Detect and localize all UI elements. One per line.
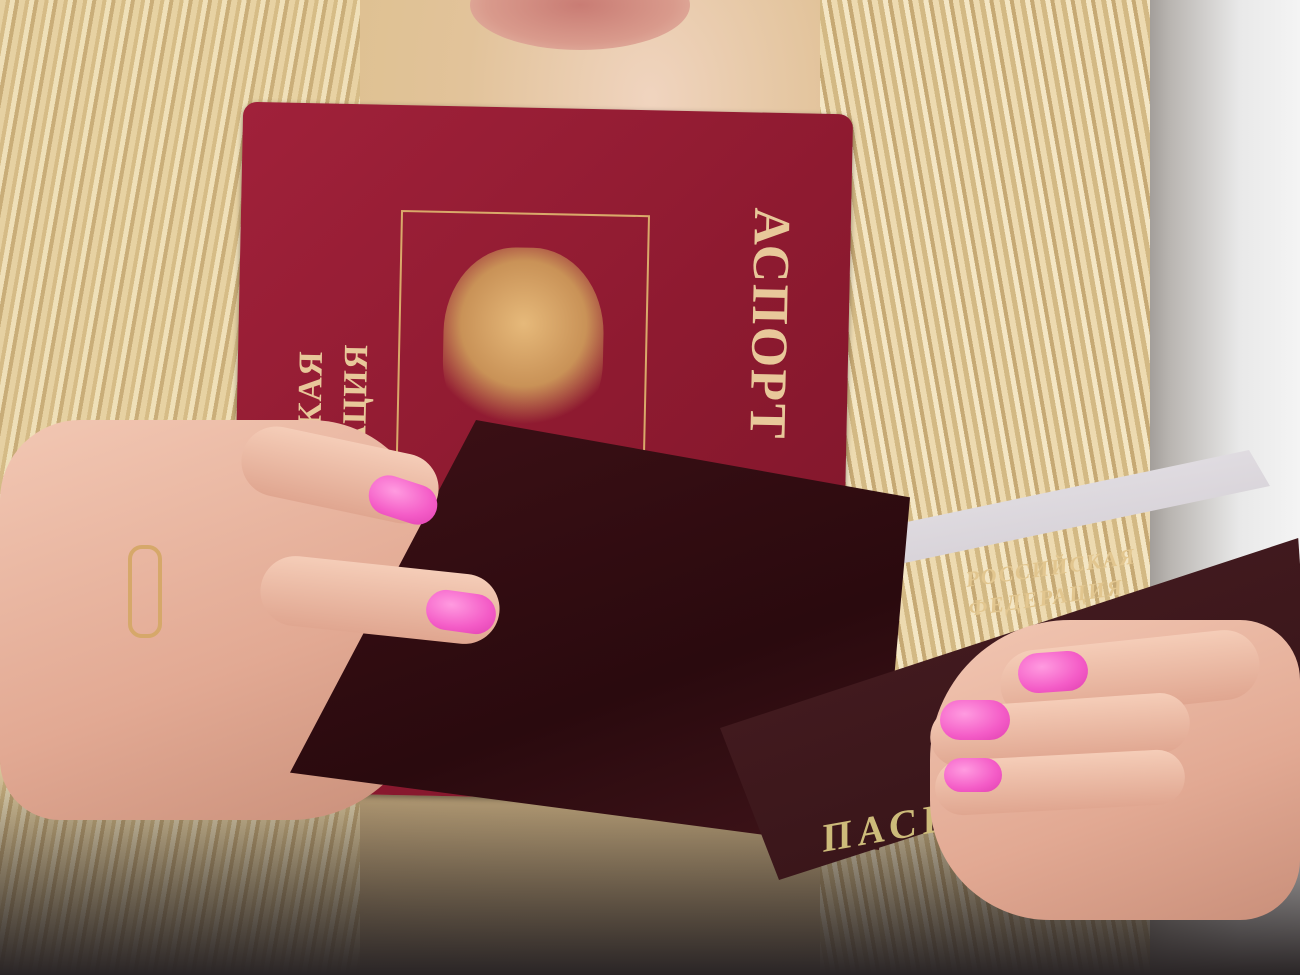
photo-scene: РОССИЙСКАЯ ФЕДЕРАЦИЯ АСПОРТ РОССИЙСКАЯ Ф… (0, 0, 1300, 975)
coat-of-arms-icon (441, 246, 605, 439)
closed-passport-title: АСПОРТ (737, 207, 801, 441)
nail (1017, 650, 1090, 695)
nail (944, 758, 1002, 792)
lips (470, 0, 690, 50)
nail (940, 700, 1010, 740)
passport-pages (850, 450, 1270, 570)
ring (128, 545, 162, 638)
